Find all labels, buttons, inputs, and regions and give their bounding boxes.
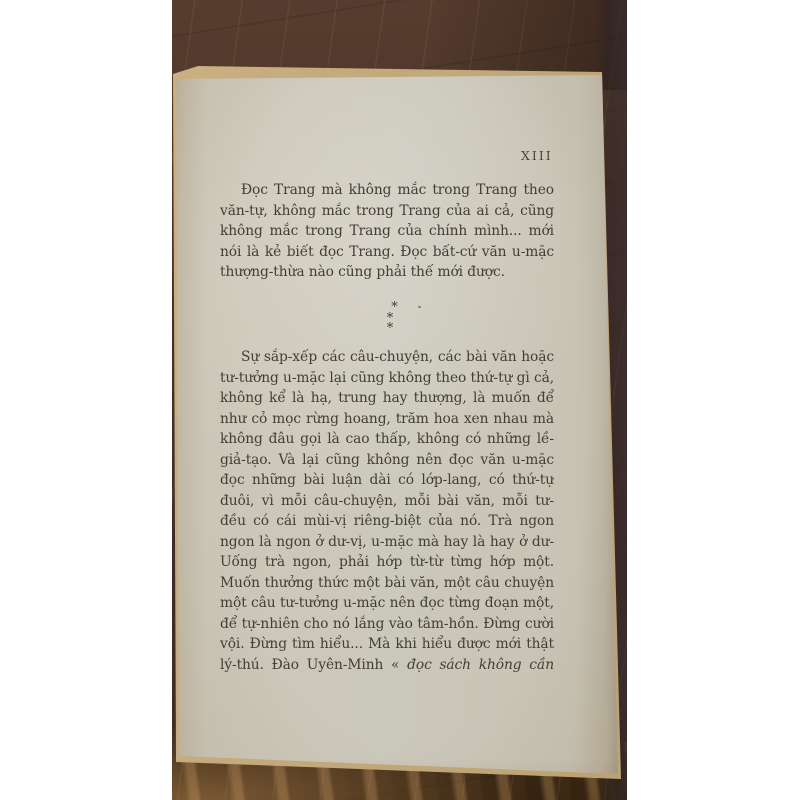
text-line: thượng-thừa nào cũng phải thế mới được. (220, 262, 554, 283)
text-line: như cỏ mọc rừng hoang, trăm hoa xen nhau… (220, 409, 554, 430)
text-line: Sự sắp-xếp các câu-chuyện, các bài văn h… (220, 347, 554, 368)
text-line: văn-tự, không mắc trong Trang của ai cả,… (220, 201, 554, 222)
text-line: Muốn thưởng thức một bài văn, một câu ch… (220, 573, 554, 594)
asterism-separator: * * * (368, 303, 412, 334)
text-line: không mắc trong Trang của chính mình... … (220, 221, 554, 242)
text-line: lý-thú. Đào Uyên-Minh « đọc sách không c… (220, 655, 554, 676)
text-line: một câu tư-tưởng u-mặc nên đọc từng đoạn… (220, 593, 554, 614)
line-text: một câu tư-tưởng u-mặc nên đọc từng đoạn… (220, 595, 554, 614)
line-text: ngon là ngon ở dư-vị, u-mặc mà hay là ha… (220, 534, 554, 553)
asterism-bottom: * * (368, 314, 412, 334)
line-text: như cỏ mọc rừng hoang, trăm hoa xen nhau… (220, 411, 554, 430)
paper-speck (418, 306, 421, 308)
para-2: Sự sắp-xếp các câu-chuyện, các bài văn h… (220, 347, 554, 675)
line-text: nói là kẻ biết đọc Trang. Đọc bất-cứ văn… (220, 244, 554, 260)
text-line: Uống trà ngon, phải hớp từ-từ từng hớp m… (220, 552, 554, 573)
text-line: nói là kẻ biết đọc Trang. Đọc bất-cứ văn… (220, 242, 554, 263)
line-text: tư-tưởng u-mặc lại cũng không theo thứ-t… (220, 370, 554, 386)
text-line: giả-tạo. Và lại cũng không nên đọc văn u… (220, 450, 554, 471)
line-text: đọc những bài luận dài có lớp-lang, có t… (220, 472, 554, 491)
text-line: đọc những bài luận dài có lớp-lang, có t… (220, 470, 554, 491)
line-text: giả-tạo. Và lại cũng không nên đọc văn u… (220, 452, 554, 471)
line-text: Muốn thưởng thức một bài văn, một câu ch… (220, 575, 554, 594)
text-line: tư-tưởng u-mặc lại cũng không theo thứ-t… (220, 368, 554, 389)
text-line: vội. Đừng tìm hiểu... Mà khi hiểu được m… (220, 634, 554, 655)
line-text: đều có cái mùi-vị riêng-biệt của nó. Trà… (220, 513, 554, 532)
line-text: đuôi, vì mỗi câu-chuyện, mỗi bài văn, mỗ… (220, 493, 554, 512)
page-number: XIII (521, 148, 553, 163)
text-line: đều có cái mùi-vị riêng-biệt của nó. Trà… (220, 511, 554, 532)
line-text: không đâu gọi là cao thấp, không có nhữn… (220, 431, 554, 450)
line-text: lý-thú. Đào Uyên-Minh « (220, 657, 407, 673)
book-photo: XIII Đọc Trang mà không mắc trong Trang … (172, 0, 627, 800)
line-text: thượng-thừa nào cũng phải thế mới được. (220, 264, 505, 280)
text-line: đuôi, vì mỗi câu-chuyện, mỗi bài văn, mỗ… (220, 491, 554, 512)
line-text: văn-tự, không mắc trong Trang của ai cả,… (220, 203, 554, 219)
line-text: Đọc Trang mà không mắc trong Trang theo (241, 182, 554, 198)
line-text: không mắc trong Trang của chính mình... … (220, 223, 554, 242)
text-line: không kể là hạ, trung hay thượng, là muố… (220, 388, 554, 409)
text-line: ngon là ngon ở dư-vị, u-mặc mà hay là ha… (220, 532, 554, 553)
text-line: Đọc Trang mà không mắc trong Trang theo (220, 180, 554, 201)
para-1: Đọc Trang mà không mắc trong Trang theov… (220, 180, 554, 283)
line-text: Sự sắp-xếp các câu-chuyện, các bài văn h… (220, 349, 554, 368)
screenshot-root: { "scene": { "description": "photograph … (0, 0, 800, 800)
text-line: không đâu gọi là cao thấp, không có nhữn… (220, 429, 554, 450)
line-text: Uống trà ngon, phải hớp từ-từ từng hớp m… (220, 554, 554, 570)
line-text: để tự-nhiên cho nó lắng vào tâm-hồn. Đừn… (220, 616, 554, 632)
line-text: vội. Đừng tìm hiểu... Mà khi hiểu được m… (220, 636, 554, 655)
text-line: để tự-nhiên cho nó lắng vào tâm-hồn. Đừn… (220, 614, 554, 635)
line-text: không kể là hạ, trung hay thượng, là muố… (220, 390, 554, 406)
